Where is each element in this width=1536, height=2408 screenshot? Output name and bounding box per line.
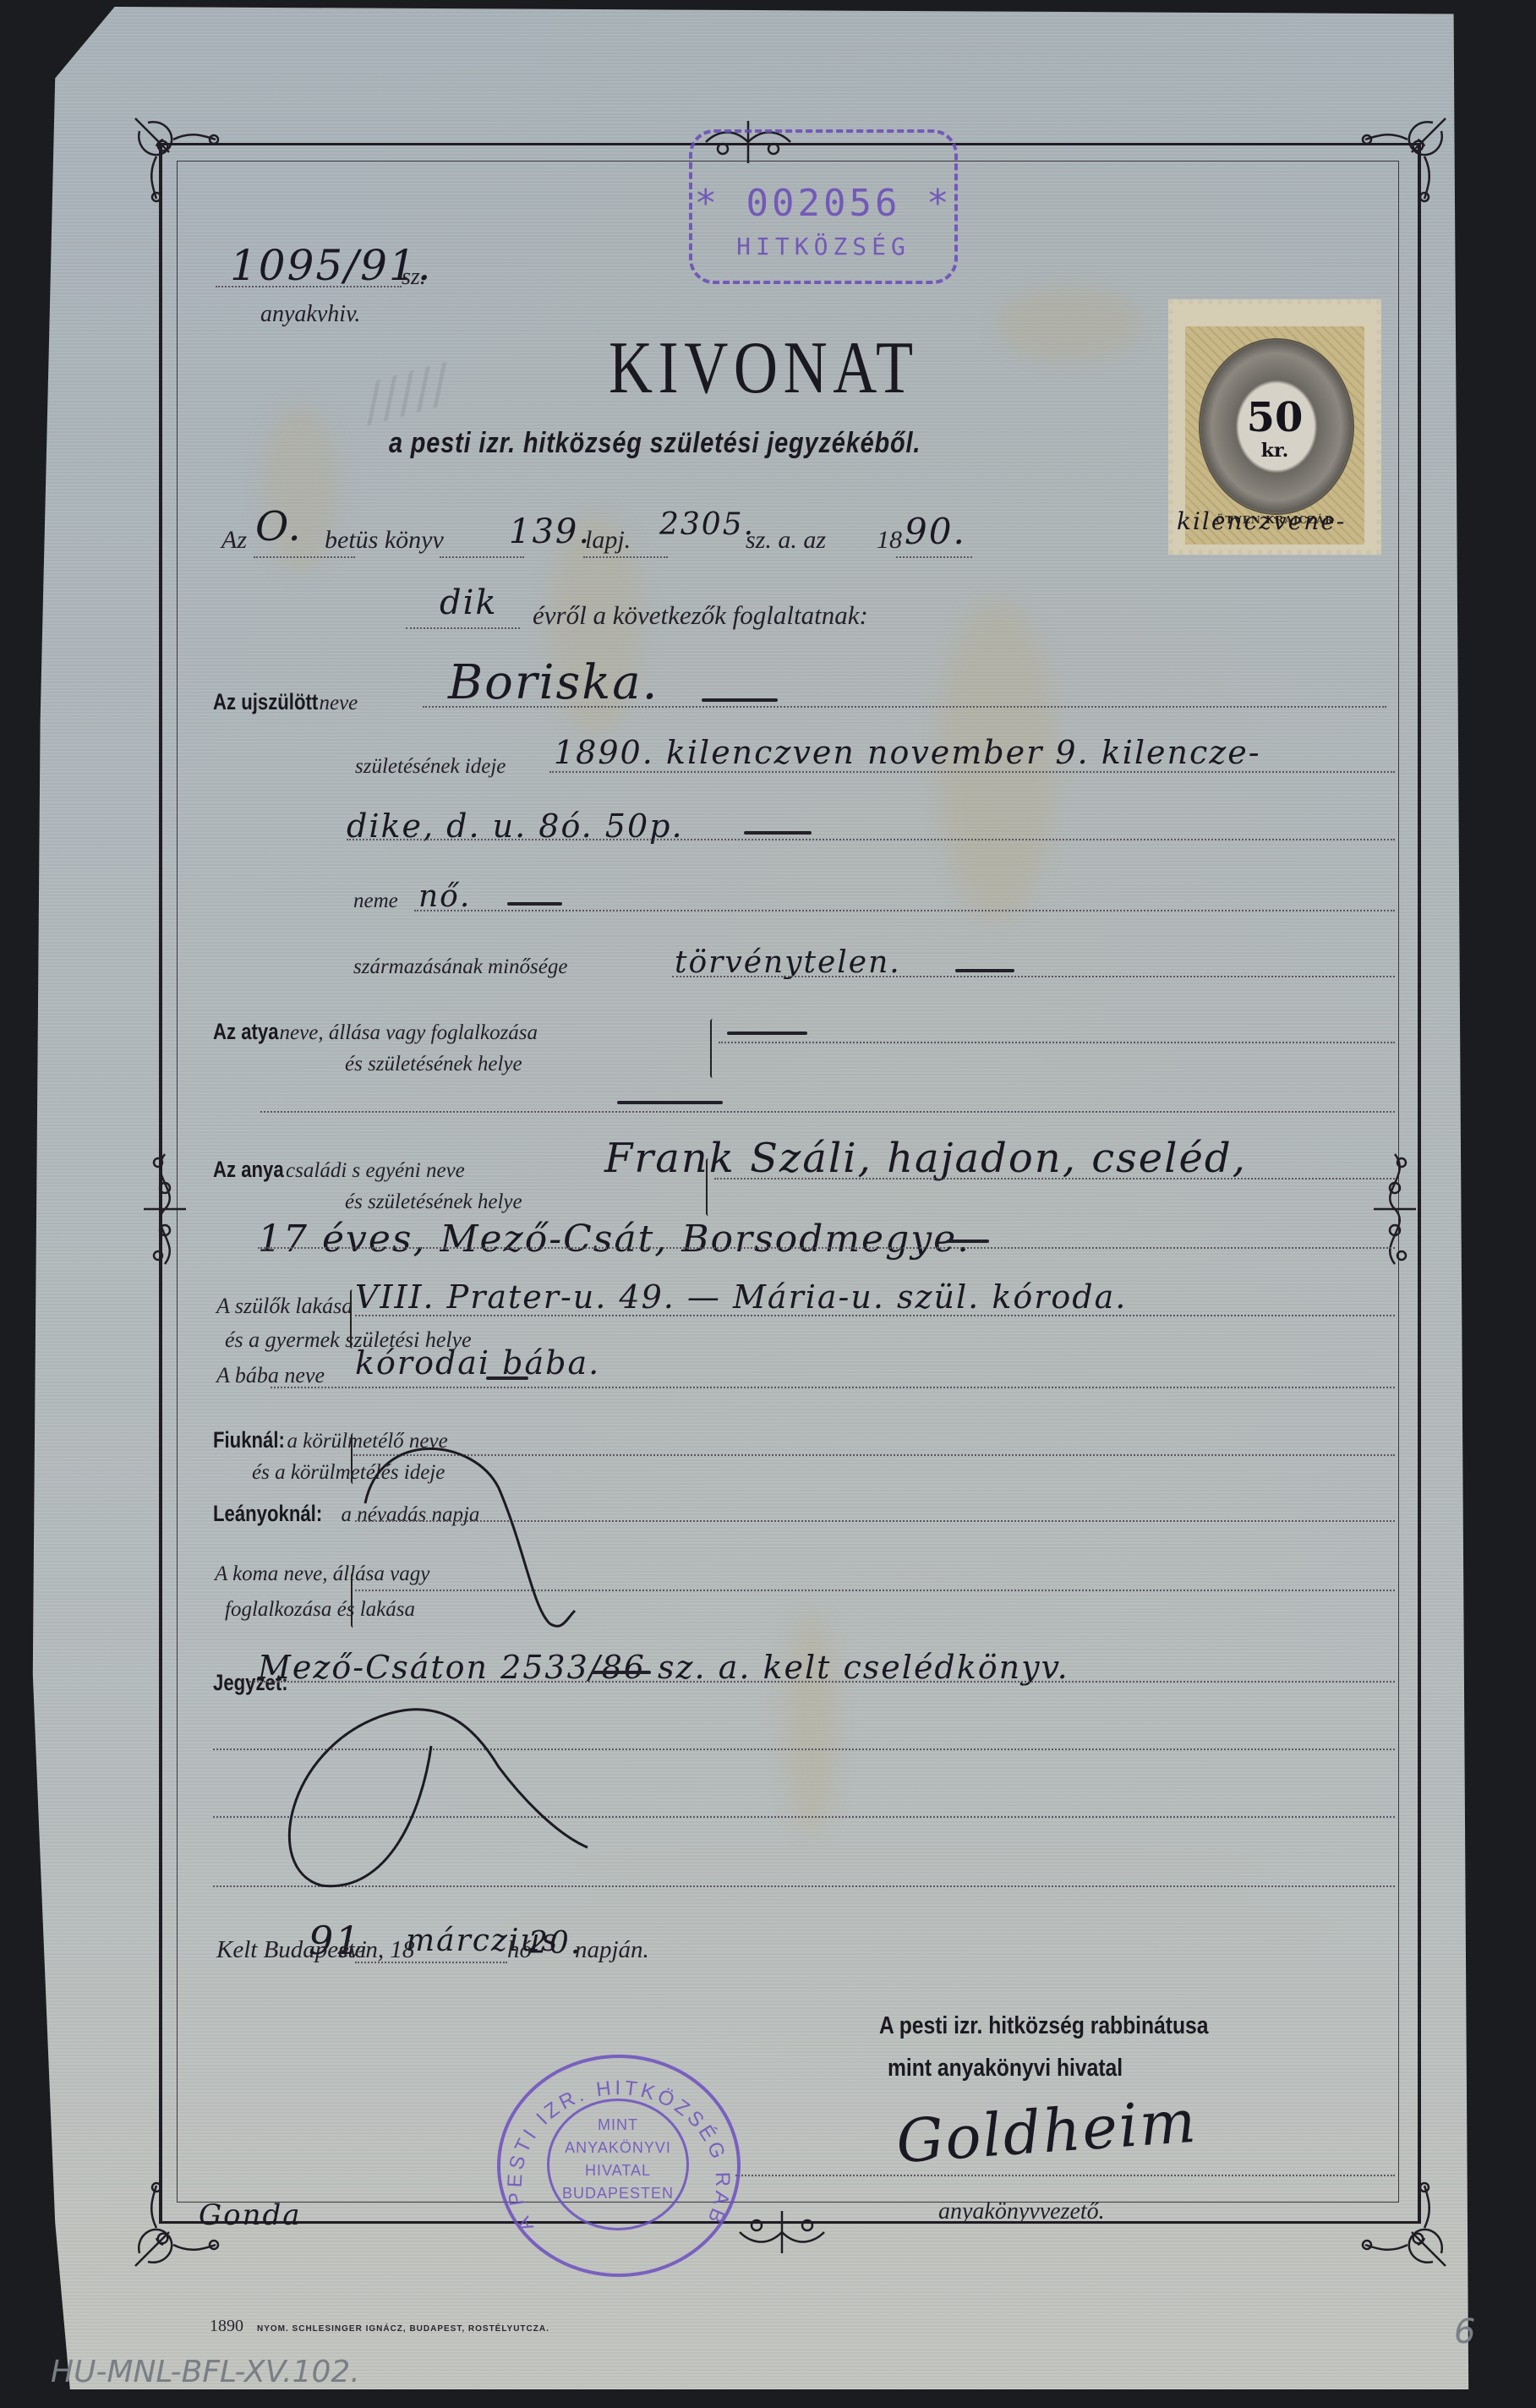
field-midwife-label: A bába neve [216, 1363, 325, 1388]
bottom-center-ornament-icon [735, 2207, 828, 2257]
field-residence-value: VIII. Prater-u. 49. — Mária-u. szül. kór… [355, 1278, 1127, 1316]
side-ornament-icon [139, 1150, 190, 1268]
side-ornament-icon [1369, 1150, 1420, 1268]
field-father-label-2: és születésének helye [345, 1053, 522, 1076]
field-newborn-value: Boriska. [448, 655, 659, 710]
page-number: 6 [1454, 2312, 1475, 2351]
margin-initials: Gonda [199, 2198, 302, 2232]
register-line-ending: évről a következők foglaltatnak: [533, 600, 868, 631]
printer-line: 1890 NYOM. SCHLESINGER IGNÁCZ, BUDAPEST,… [210, 2317, 549, 2336]
field-birth-time-value: 1890. kilenczven november 9. kilencze- [554, 734, 1261, 771]
register-entry: 2305. [659, 507, 755, 542]
date-year-suffix: évi [338, 1936, 367, 1964]
corner-ornament-icon [131, 114, 224, 207]
field-father-value [727, 1032, 807, 1035]
field-mother-label: Az anya családi s egyéni neve [213, 1157, 482, 1183]
register-year-words: kilenczvene- [1177, 507, 1346, 535]
field-sex-label: neme [353, 889, 398, 913]
field-legitimacy-label: származásának minősége [353, 955, 567, 979]
register-letter: O. [255, 503, 303, 550]
corner-ornament-icon [1357, 2177, 1450, 2270]
date-day: 20. [528, 1926, 582, 1961]
field-mother-value-cont: 17 éves, Mező-Csát, Borsodmegye. [258, 1218, 970, 1261]
date-day-suffix: napján. [575, 1936, 649, 1964]
document-subtitle: a pesti izr. hitközség születési jegyzék… [389, 427, 921, 460]
register-year: 90. [905, 511, 966, 552]
corner-ornament-icon [1357, 114, 1450, 207]
field-father-label: Az atya neve, állása vagy foglalkozása [213, 1019, 555, 1045]
field-midwife-value: kórodai bába. [355, 1344, 600, 1382]
register-year-words-cont: dik [440, 583, 498, 622]
field-birth-time-label: születésének ideje [355, 755, 506, 779]
issuer-line-1: A pesti izr. hitközség rabbinátusa [879, 2012, 1208, 2040]
field-residence-label: A szülők lakása [216, 1294, 353, 1319]
field-mother-label-2: és születésének helye [345, 1190, 522, 1214]
field-mother-value: Frank Száli, hajadon, cseléd, [604, 1135, 1247, 1182]
registration-stamp: * 002056 * HITKÖZSÉG [689, 129, 958, 284]
field-legitimacy-value: törvénytelen. [675, 945, 901, 980]
issuer-line-2: mint anyakönyvi hivatal [888, 2055, 1123, 2082]
field-sex-value: nő. [418, 879, 471, 914]
cancel-stroke-icon [355, 1437, 659, 1640]
register-page: 139. [509, 512, 591, 551]
cancel-loop-icon [271, 1699, 609, 1902]
archive-code: HU-MNL-BFL-XV.102. [51, 2355, 360, 2389]
register-line: Az O. betüs könyv 139. lapj. 2305. sz. a… [221, 507, 1405, 558]
reference-office-label: anyakvhiv. [260, 301, 360, 328]
document-title: KIVONAT [609, 326, 919, 411]
office-seal: A PESTI IZR. HITKÖZSÉG RABBINÁTUSA MINT … [497, 2055, 741, 2277]
issuer-role: anyakönyvvezető. [938, 2198, 1105, 2225]
field-newborn-label: Az ujszülött neve [213, 689, 383, 715]
reference-suffix: sz. [402, 264, 426, 291]
